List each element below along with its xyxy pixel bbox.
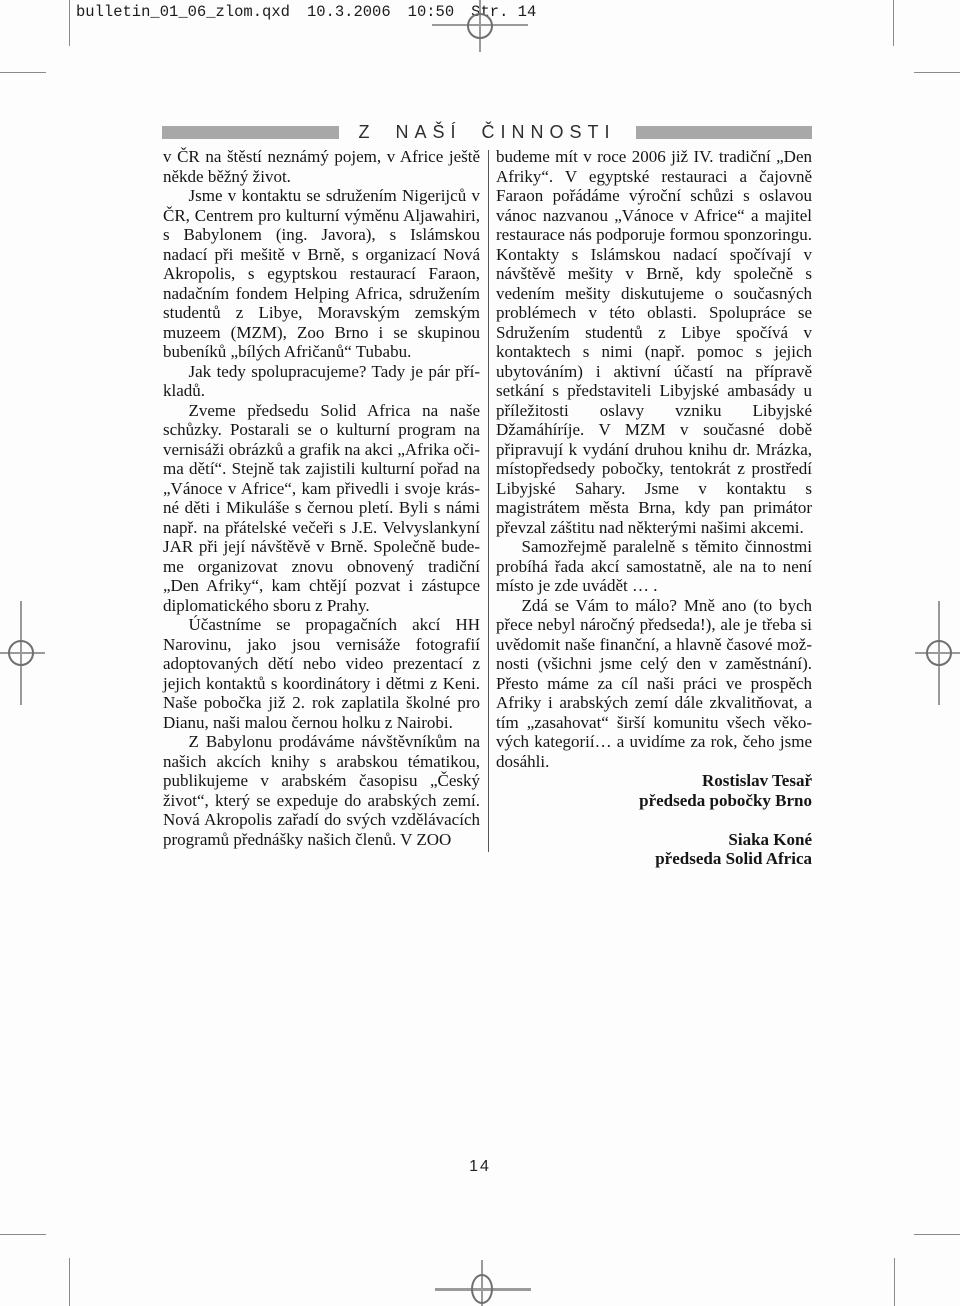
crop-mark-icon [69,0,70,46]
crop-mark-icon [914,1234,960,1235]
paragraph: Účastníme se propagačních akcí HH Naro­v… [163,615,480,732]
crop-mark-icon [894,1258,895,1306]
paragraph: Zdá se Vám to málo? Mně ano (to bych pře… [496,596,812,772]
crop-mark-icon [893,0,894,46]
signature-name: Rostislav Tesař [496,771,812,791]
proof-page: bulletin_01_06_zlom.qxd10.3.200610:50Str… [0,0,960,1306]
paragraph: v ČR na štěstí neznámý pojem, v Africe j… [163,147,480,186]
paragraph: Samozřejmě paralelně s těmito činnostmi … [496,537,812,596]
proof-filename: bulletin_01_06_zlom.qxd [76,3,290,21]
proof-time: 10:50 [408,3,455,21]
signature-role: předseda Solid Africa [496,849,812,869]
signature-block: Siaka Koné předseda Solid Africa [496,830,812,869]
proof-date: 10.3.2006 [307,3,391,21]
signature-name: Siaka Koné [496,830,812,850]
article-body: v ČR na štěstí neznámý pojem, v Africe j… [163,147,813,869]
paragraph: Zveme předsedu Solid Africa na naše schů… [163,401,480,616]
paragraph: Jsme v kontaktu se sdružením Nigerijců v… [163,186,480,362]
signature-role: předseda pobočky Brno [496,791,812,811]
paragraph: budeme mít v roce 2006 již IV. tradiční … [496,147,812,537]
article-column-left: v ČR na štěstí neznámý pojem, v Africe j… [163,147,480,869]
crop-mark-icon [914,72,960,73]
crop-mark-icon [0,1234,46,1235]
paragraph: Jak tedy spolupracujeme? Tady je pár pří… [163,362,480,401]
page-number: 14 [0,1158,960,1176]
column-divider [488,150,489,852]
section-header: Z NAŠÍ ČINNOSTI [162,122,812,143]
article-column-right: budeme mít v roce 2006 již IV. tradiční … [496,147,812,869]
signature-block: Rostislav Tesař předseda pobočky Brno [496,771,812,810]
header-bar-left [162,126,339,139]
section-title: Z NAŠÍ ČINNOSTI [359,122,616,143]
header-bar-right [636,126,813,139]
crop-mark-icon [0,72,46,73]
paragraph: Z Babylonu prodáváme návštěvníkům na naš… [163,732,480,849]
crop-mark-icon [69,1258,70,1306]
